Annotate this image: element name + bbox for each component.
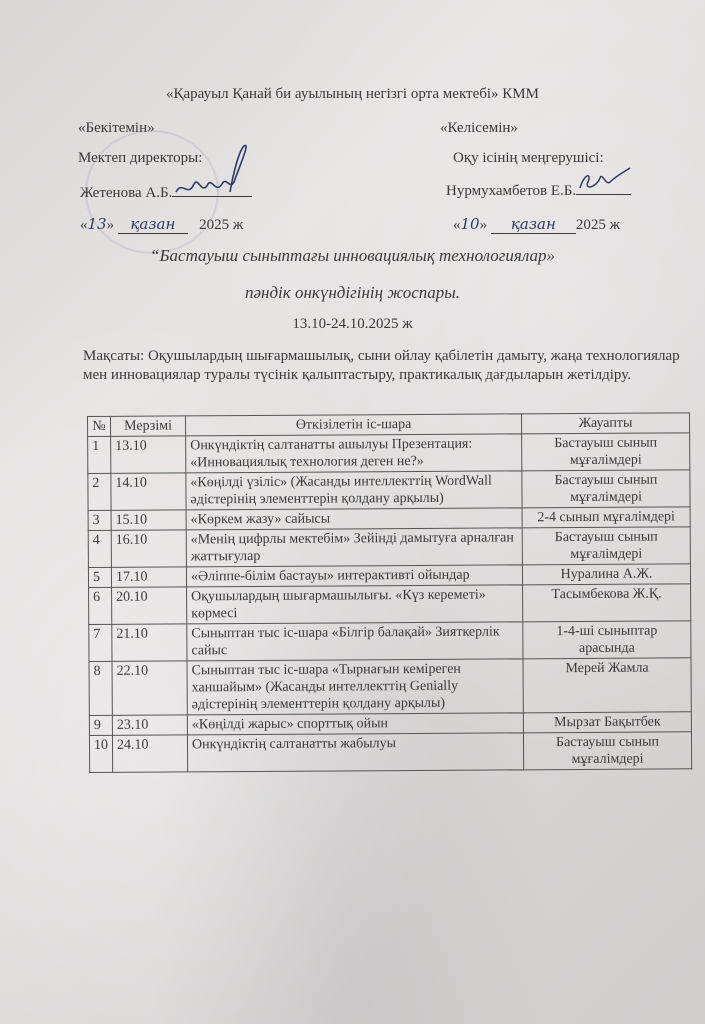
- row-event: «Көңілді үзіліс» (Жасанды интеллекттің W…: [186, 471, 522, 510]
- row-number: 10: [89, 735, 112, 772]
- row-number: 4: [88, 530, 111, 567]
- header-number: №: [88, 416, 111, 436]
- row-responsible: Бастауыш сынып мұғалімдері: [522, 470, 690, 508]
- row-event: Оқушылардың шығармашылығы. «Күз кереметі…: [187, 585, 523, 624]
- plan-subtitle: пәндік онкүндігінің жоспары.: [0, 283, 705, 303]
- agreement-month: қазан: [491, 215, 576, 234]
- table-row: 113.10Онкүндіктің салтанатты ашылуы През…: [88, 433, 690, 474]
- table-row: 721.10Сыныптан тыс іс-шара «Білгір балақ…: [89, 621, 691, 662]
- row-event: «Менің цифрлы мектебім» Зейінді дамытуға…: [186, 528, 522, 567]
- row-event: Онкүндіктің салтанатты ашылуы Презентаци…: [186, 434, 522, 473]
- head-teacher-name: Нурмухамбетов Е.Б.: [446, 183, 576, 199]
- director-signature: [172, 180, 252, 197]
- row-number: 2: [88, 473, 111, 510]
- header-event: Өткізілетін іс-шара: [186, 414, 522, 436]
- head-teacher-signature: [576, 180, 631, 195]
- row-event: «Көркем жазу» сайысы: [186, 508, 522, 530]
- row-date: 24.10: [112, 735, 187, 772]
- events-table: № Мерзімі Өткізілетін іс-шара Жауапты 11…: [87, 412, 692, 773]
- head-teacher-signature-line: Нурмухамбетов Е.Б.: [446, 180, 631, 200]
- row-event: Сыныптан тыс іс-шара «Тырнағын кеміреген…: [187, 659, 523, 715]
- agreement-year: 2025 ж: [576, 217, 620, 233]
- row-event: «Әліппе-білім бастауы» интерактивті ойын…: [186, 565, 522, 587]
- director-signature-line: Жетенова А.Б.: [80, 180, 252, 202]
- row-responsible: 1-4-ші сыныптар арасында: [523, 621, 691, 659]
- row-number: 3: [88, 510, 111, 530]
- row-event: Онкүндіктің салтанатты жабылуы: [187, 733, 523, 772]
- row-event: «Көңілді жарыс» спорттық ойын: [187, 713, 523, 735]
- row-date: 14.10: [111, 473, 186, 510]
- organization-name: «Қарауыл Қанай би ауылының негізгі орта …: [0, 86, 705, 103]
- row-responsible: Мерей Жамла: [523, 658, 691, 713]
- row-number: 6: [89, 587, 112, 624]
- header-date: Мерзімі: [111, 416, 186, 436]
- row-date: 20.10: [112, 587, 187, 624]
- agreement-day: 10: [461, 215, 480, 233]
- row-responsible: Нуралина А.Ж.: [522, 564, 690, 585]
- row-date: 17.10: [111, 567, 186, 587]
- row-date: 16.10: [111, 530, 186, 567]
- approve-heading: «Бекітемін»: [78, 120, 155, 137]
- approval-month: қазан: [118, 215, 188, 234]
- plan-period: 13.10-24.10.2025 ж: [0, 316, 705, 333]
- header-responsible: Жауапты: [521, 413, 689, 434]
- row-date: 21.10: [112, 624, 187, 661]
- row-number: 9: [89, 715, 112, 735]
- row-date: 23.10: [112, 715, 187, 735]
- table-row: 214.10«Көңілді үзіліс» (Жасанды интеллек…: [88, 470, 690, 511]
- approval-year: 2025 ж: [199, 217, 243, 233]
- table-row: 1024.10Онкүндіктің салтанатты жабылуыБас…: [89, 732, 691, 773]
- table-row: 416.10«Менің цифрлы мектебім» Зейінді да…: [88, 527, 690, 568]
- row-responsible: Бастауыш сынып мұғалімдері: [522, 433, 690, 471]
- row-responsible: Мырзат Бақытбек: [523, 712, 691, 733]
- row-date: 15.10: [111, 510, 186, 530]
- row-number: 8: [89, 661, 112, 715]
- row-date: 13.10: [111, 436, 186, 473]
- table-row: 822.10Сыныптан тыс іс-шара «Тырнағын кем…: [89, 658, 691, 716]
- row-responsible: Тасымбекова Ж.Қ.: [523, 584, 691, 622]
- row-responsible: Бастауыш сынып мұғалімдері: [522, 527, 690, 565]
- row-number: 1: [88, 436, 111, 473]
- agreement-date: «10» қазан2025 ж: [453, 215, 620, 234]
- table-row: 620.10Оқушылардың шығармашылығы. «Күз ке…: [89, 584, 691, 625]
- row-responsible: 2-4 сынып мұғалімдері: [522, 507, 690, 528]
- row-responsible: Бастауыш сынып мұғалімдері: [523, 732, 691, 770]
- plan-goal: Мақсаты: Оқушылардың шығармашылық, сыни …: [83, 347, 683, 385]
- approval-day: 13: [88, 215, 107, 233]
- approval-date: «13» қазан 2025 ж: [80, 215, 243, 234]
- plan-title: “Бастауыш сыныптағы инновациялық техноло…: [0, 246, 705, 266]
- row-date: 22.10: [112, 661, 187, 715]
- row-number: 5: [88, 567, 111, 587]
- row-number: 7: [89, 624, 112, 661]
- agree-heading: «Келісемін»: [440, 120, 518, 137]
- director-name: Жетенова А.Б.: [80, 185, 172, 201]
- row-event: Сыныптан тыс іс-шара «Білгір балақай» Зи…: [187, 622, 523, 661]
